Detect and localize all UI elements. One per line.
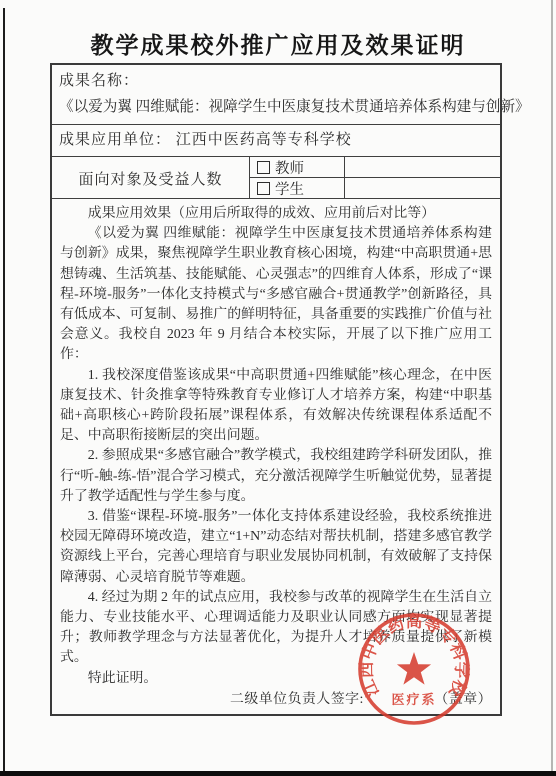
scan-artifact-bottom-edge (0, 771, 556, 776)
teacher-checkbox-cell: 教师 (250, 157, 345, 178)
effect-paragraph-3: 3. 借鉴“课程-环境-服务”一体化支持体系建设经验，我校系统推进校园无障碍环境… (60, 507, 492, 588)
effect-paragraph-intro: 《以爱为翼 四维赋能：视障学生中医康复技术贯通培养体系构建与创新》成果，聚焦视障… (60, 224, 492, 365)
scanned-document-page: { "page": { "title": "教学成果校外推广应用及效果证明" }… (0, 0, 556, 776)
signature-label: 二级单位负责人签字: (230, 690, 364, 710)
effect-paragraph-1: 1. 我校深度借鉴该成果“中高职贯通+四维赋能”核心理念，在中医康复技术、针灸推… (60, 366, 492, 447)
teacher-count-cell (345, 157, 500, 178)
student-checkbox-icon (257, 182, 270, 195)
closing-statement: 特此证明。 (60, 669, 492, 689)
achievement-name-row: 成果名称： 《以爱为翼 四维赋能：视障学生中医康复技术贯通培养体系构建与创新》 (52, 65, 500, 125)
achievement-name-label: 成果名称： (59, 69, 493, 94)
audience-row: 面向对象及受益人数 教师 学生 (52, 157, 500, 199)
signature-row: 二级单位负责人签字: （盖章） (60, 690, 492, 711)
effect-section: 成果应用效果（应用后所取得的成效、应用前后对比等） 《以爱为翼 四维赋能：视障学… (52, 199, 500, 714)
student-checkbox-label: 学生 (275, 178, 304, 199)
student-checkbox-cell: 学生 (250, 178, 345, 199)
audience-label: 面向对象及受益人数 (52, 157, 250, 199)
applying-unit-row: 成果应用单位： 江西中医药高等专科学校 (52, 125, 500, 157)
scan-artifact-right-edge (551, 0, 553, 776)
certificate-form-table: 成果名称： 《以爱为翼 四维赋能：视障学生中医康复技术贯通培养体系构建与创新》 … (50, 63, 502, 716)
effect-header: 成果应用效果（应用后所取得的成效、应用前后对比等） (60, 204, 492, 224)
effect-paragraph-2: 2. 参照成果“多感官融合”教学模式，我校组建跨学科研发团队，推行“听-触-练-… (60, 446, 492, 507)
document-title: 教学成果校外推广应用及效果证明 (0, 27, 556, 60)
teacher-checkbox-icon (257, 161, 270, 174)
scan-artifact-left-edge (3, 8, 5, 776)
teacher-checkbox-label: 教师 (275, 157, 304, 178)
student-count-cell (345, 178, 500, 199)
seal-note: （盖章） (434, 690, 492, 710)
effect-paragraph-4: 4. 经过为期 2 年的试点应用，我校参与改革的视障学生在生活自立能力、专业技能… (60, 588, 492, 669)
achievement-name-value: 《以爱为翼 四维赋能：视障学生中医康复技术贯通培养体系构建与创新》 (59, 94, 493, 121)
